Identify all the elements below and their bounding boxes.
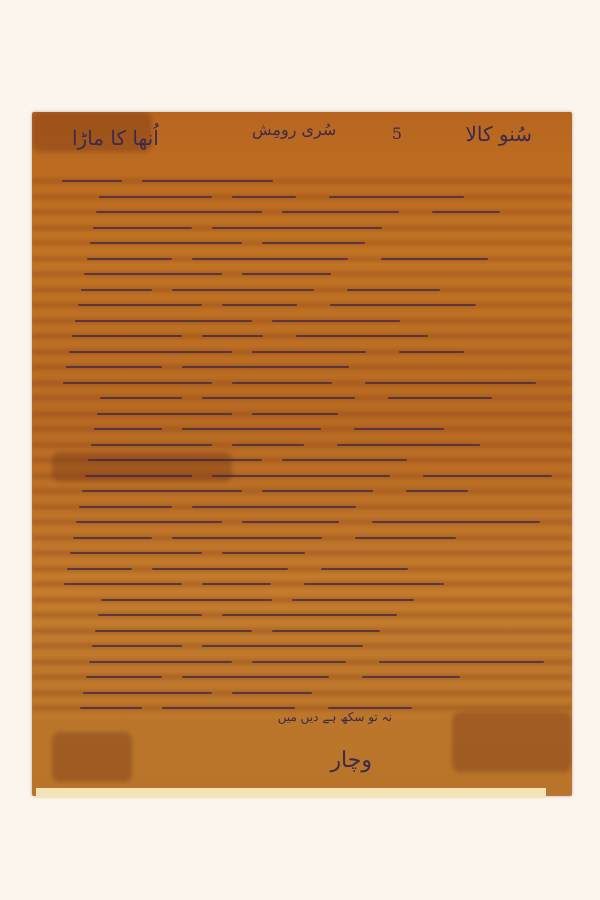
handwriting-stroke (262, 242, 365, 244)
handwriting-stroke (182, 366, 349, 368)
handwriting-stroke (222, 614, 397, 616)
handwriting-stroke (69, 351, 232, 353)
handwriting-stroke (97, 413, 232, 415)
manuscript-page: سُنو کالا 5 سُری رومِش اُنھا کا ماڑا نہ … (32, 112, 572, 796)
handwriting-stroke (252, 661, 346, 663)
handwriting-stroke (242, 273, 331, 275)
handwriting-stroke (212, 227, 382, 229)
text-line: نہ تو سکھ ہے دیں میں (278, 710, 392, 724)
handwriting-stroke (93, 227, 192, 229)
handwriting-stroke (262, 490, 373, 492)
handwriting-stroke (62, 180, 122, 182)
handwriting-stroke (72, 335, 182, 337)
handwriting-stroke (212, 475, 390, 477)
handwriting-stroke (202, 645, 363, 647)
handwriting-stroke (67, 568, 132, 570)
handwriting-stroke (399, 351, 464, 353)
handwriting-stroke (99, 196, 212, 198)
handwriting-stroke (272, 630, 380, 632)
handwriting-stroke (222, 304, 297, 306)
handwriting-stroke (232, 196, 296, 198)
handwriting-stroke (232, 382, 332, 384)
handwriting-stroke (362, 676, 460, 678)
handwriting-stroke (64, 583, 182, 585)
handwriting-stroke (242, 521, 339, 523)
handwriting-stroke (252, 351, 366, 353)
handwriting-stroke (88, 459, 262, 461)
handwriting-stroke (296, 335, 428, 337)
handwriting-stroke (152, 568, 288, 570)
handwriting-stroke (98, 614, 202, 616)
handwriting-stroke (292, 599, 414, 601)
handwriting-stroke (100, 397, 182, 399)
handwriting-stroke (94, 428, 162, 430)
center-heading: سُری رومِش (252, 120, 336, 139)
handwriting-stroke (329, 196, 464, 198)
handwriting-stroke (252, 413, 338, 415)
handwriting-stroke (202, 583, 271, 585)
handwriting-stroke (66, 366, 162, 368)
handwriting-stroke (347, 289, 440, 291)
handwriting-stroke (304, 583, 444, 585)
handwriting-stroke (381, 258, 488, 260)
handwriting-stroke (82, 490, 242, 492)
handwriting-stroke (432, 211, 500, 213)
handwriting-stroke (78, 304, 202, 306)
handwriting-stroke (192, 506, 356, 508)
handwriting-stroke (162, 707, 295, 709)
handwriting-stroke (87, 258, 172, 260)
handwriting-stroke (328, 707, 412, 709)
ink-stain (52, 732, 132, 782)
handwriting-stroke (63, 382, 212, 384)
handwriting-stroke (75, 320, 252, 322)
header-left-title: اُنھا کا ماڑا (72, 126, 159, 150)
handwriting-stroke (406, 490, 468, 492)
handwriting-stroke (90, 242, 242, 244)
handwriting-stroke (95, 630, 252, 632)
handwriting-stroke (89, 661, 232, 663)
handwriting-stroke (330, 304, 476, 306)
handwriting-stroke (70, 552, 202, 554)
handwriting-stroke (79, 506, 172, 508)
handwriting-stroke (202, 335, 263, 337)
handwriting-stroke (222, 552, 305, 554)
header-right-title: سُنو کالا (465, 122, 532, 146)
handwriting-stroke (83, 692, 212, 694)
page-number: 5 (392, 124, 402, 143)
handwriting-stroke (81, 289, 152, 291)
handwriting-stroke (142, 180, 273, 182)
handwriting-stroke (282, 211, 399, 213)
handwriting-stroke (272, 320, 400, 322)
text-line-large: وچار (330, 748, 372, 773)
handwriting-stroke (354, 428, 444, 430)
ink-stain (452, 712, 572, 772)
handwriting-stroke (84, 273, 222, 275)
handwriting-stroke (282, 459, 407, 461)
handwriting-stroke (321, 568, 408, 570)
handwriting-stroke (372, 521, 540, 523)
handwriting-stroke (182, 676, 329, 678)
handwriting-stroke (172, 289, 314, 291)
handwriting-stroke (73, 537, 152, 539)
handwriting-stroke (85, 475, 192, 477)
handwriting-stroke (96, 211, 262, 213)
handwriting-stroke (365, 382, 536, 384)
paper-edge (36, 788, 546, 798)
handwriting-stroke (232, 692, 312, 694)
handwriting-stroke (232, 444, 304, 446)
handwriting-stroke (379, 661, 544, 663)
handwriting-stroke (76, 521, 222, 523)
handwriting-stroke (80, 707, 142, 709)
handwriting-stroke (423, 475, 552, 477)
handwriting-stroke (192, 258, 348, 260)
handwriting-stroke (92, 645, 182, 647)
handwriting-stroke (86, 676, 162, 678)
handwriting-stroke (337, 444, 480, 446)
handwriting-stroke (355, 537, 456, 539)
handwriting-stroke (101, 599, 272, 601)
handwriting-stroke (172, 537, 322, 539)
handwriting-stroke (202, 397, 355, 399)
handwriting-stroke (388, 397, 492, 399)
handwriting-stroke (182, 428, 321, 430)
handwriting-stroke (91, 444, 212, 446)
